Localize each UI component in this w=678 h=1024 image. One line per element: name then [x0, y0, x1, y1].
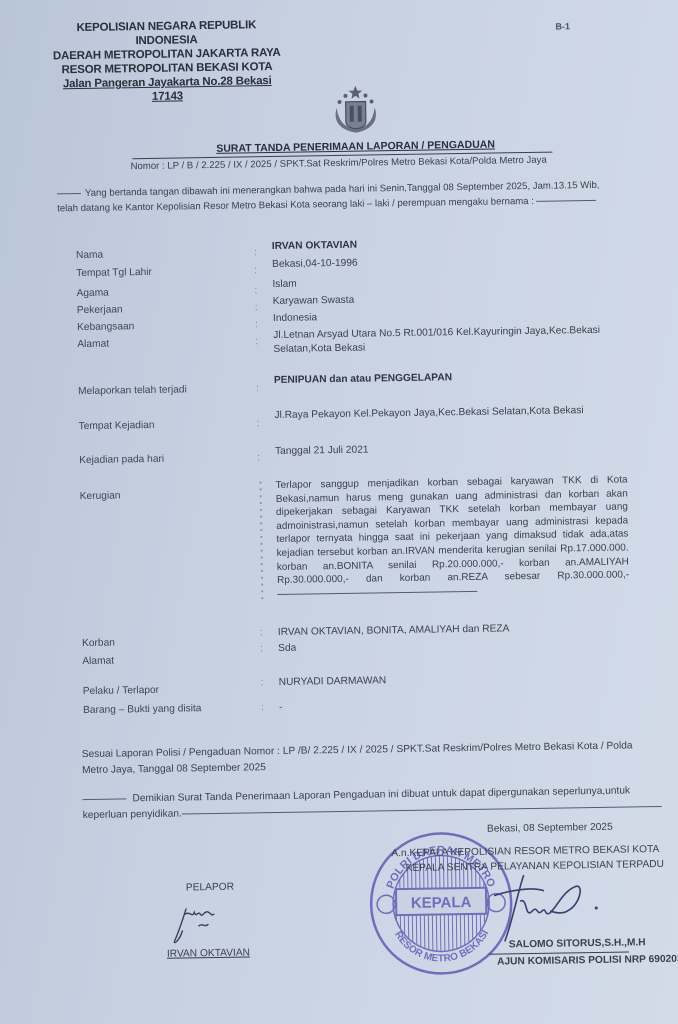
- field-row-agama: Agama : Islam: [0, 279, 674, 290]
- field-row-kejadian-hari: Kejadian pada hari : Tanggal 21 Juli 202…: [0, 446, 677, 457]
- field-value: IRVAN OKTAVIAN: [272, 240, 357, 252]
- document-page: KEPOLISIAN NEGARA REPUBLIK INDONESIA DAE…: [0, 0, 678, 1024]
- official-signature-icon: [484, 860, 605, 952]
- colon: :: [255, 302, 258, 313]
- field-value-cont: Selatan,Kota Bekasi: [273, 343, 365, 355]
- colon: :: [254, 265, 257, 276]
- reference-paragraph: Sesuai Laporan Polisi / Pengaduan Nomor …: [82, 738, 678, 779]
- intro-paragraph: Yang bertanda tangan dibawah ini meneran…: [57, 177, 657, 216]
- kerugian-text: Terlapor sanggup menjadikan korban sebag…: [275, 474, 629, 586]
- field-row-nama: Nama : IRVAN OKTAVIAN: [0, 241, 674, 252]
- colon: :: [255, 336, 258, 347]
- field-label: Barang – Bukti yang disita: [83, 703, 202, 716]
- field-value: Indonesia: [273, 312, 317, 324]
- field-value: PENIPUAN dan atau PENGGELAPAN: [274, 372, 452, 386]
- svg-text:KEPALA: KEPALA: [411, 894, 472, 912]
- field-value: Tanggal 21 Juli 2021: [275, 445, 369, 457]
- reporter-name: IRVAN OKTAVIAN: [167, 947, 250, 959]
- field-label: Pekerjaan: [77, 304, 123, 316]
- kerugian-description: Terlapor sanggup menjadikan korban sebag…: [275, 473, 629, 601]
- field-value: Bekasi,04-10-1996: [272, 258, 358, 270]
- colon: :: [254, 285, 257, 296]
- dash-divider: [537, 200, 597, 202]
- colon: :: [257, 452, 260, 463]
- letterhead-line: KEPOLISIAN NEGARA REPUBLIK INDONESIA: [50, 18, 282, 50]
- colon: :: [256, 383, 259, 394]
- dash-divider: [57, 193, 81, 194]
- official-signature-block: Bekasi, 08 September 2025 A.n.KEPALA KEP…: [377, 821, 677, 826]
- colon-dots: [257, 479, 265, 599]
- closing-line: keperluan penyidikan.: [83, 809, 182, 822]
- field-row-pelaku: Pelaku / Terlapor : NURYADI DARMAWAN: [3, 677, 678, 688]
- police-crest-icon: [328, 83, 383, 136]
- reporter-signature-icon: [168, 899, 249, 946]
- official-rank: AJUN KOMISARIS POLISI NRP 69020354: [497, 953, 678, 967]
- colon: :: [261, 702, 264, 713]
- field-value: Sda: [278, 643, 296, 654]
- colon: :: [255, 319, 258, 330]
- field-label: Kerugian: [80, 490, 121, 502]
- place-date: Bekasi, 08 September 2025: [487, 822, 613, 835]
- field-label: Alamat: [77, 339, 109, 350]
- closing-paragraph: Demikian Surat Tanda Penerimaan Laporan …: [82, 783, 678, 824]
- field-label: Korban: [82, 638, 115, 650]
- field-value: -: [279, 702, 283, 713]
- field-label: Kebangsaan: [77, 321, 134, 333]
- form-code: B-1: [555, 21, 570, 31]
- field-label: Alamat: [82, 656, 114, 667]
- field-label: Nama: [76, 250, 103, 261]
- field-label: Tempat Tgl Lahir: [76, 267, 152, 279]
- field-value: Jl.Raya Pekayon Kel.Pekayon Jaya,Kec.Bek…: [274, 405, 583, 421]
- colon: :: [260, 627, 263, 638]
- reporter-title: PELAPOR: [186, 882, 234, 894]
- field-label: Tempat Kejadian: [79, 420, 155, 432]
- field-row-tempat-kejadian: Tempat Kejadian : Jl.Raya Pekayon Kel.Pe…: [0, 412, 676, 423]
- colon: :: [260, 643, 263, 654]
- dash-divider: [82, 798, 126, 800]
- letterhead-address: Jalan Pangeran Jayakarta No.28 Bekasi 17…: [51, 74, 283, 106]
- letterhead: KEPOLISIAN NEGARA REPUBLIK INDONESIA DAE…: [50, 18, 283, 106]
- field-label: Melaporkan telah terjadi: [78, 384, 187, 397]
- field-label: Kejadian pada hari: [79, 454, 164, 466]
- field-value: Karyawan Swasta: [273, 295, 355, 307]
- field-label: Pelaku / Terlapor: [83, 685, 159, 697]
- field-row-barang-bukti: Barang – Bukti yang disita : -: [3, 696, 678, 707]
- colon: :: [254, 247, 257, 258]
- colon: :: [261, 677, 264, 688]
- field-value: NURYADI DARMAWAN: [279, 675, 387, 688]
- field-row-korban: Korban : IRVAN OKTAVIAN, BONITA, AMALIYA…: [2, 629, 678, 640]
- field-label: Agama: [76, 288, 108, 300]
- dash-divider: [182, 806, 662, 815]
- dash-divider: [277, 590, 477, 594]
- field-value: IRVAN OKTAVIAN, BONITA, AMALIYAH dan REZ…: [278, 623, 510, 638]
- colon: :: [257, 418, 260, 429]
- field-value: Jl.Letnan Arsyad Utara No.5 Rt.001/016 K…: [273, 325, 600, 341]
- field-row-melaporkan: Melaporkan telah terjadi : PENIPUAN dan …: [0, 377, 676, 388]
- field-value: Islam: [272, 279, 297, 290]
- reporter-signature-block: PELAPOR IRVAN OKTAVIAN: [166, 881, 286, 883]
